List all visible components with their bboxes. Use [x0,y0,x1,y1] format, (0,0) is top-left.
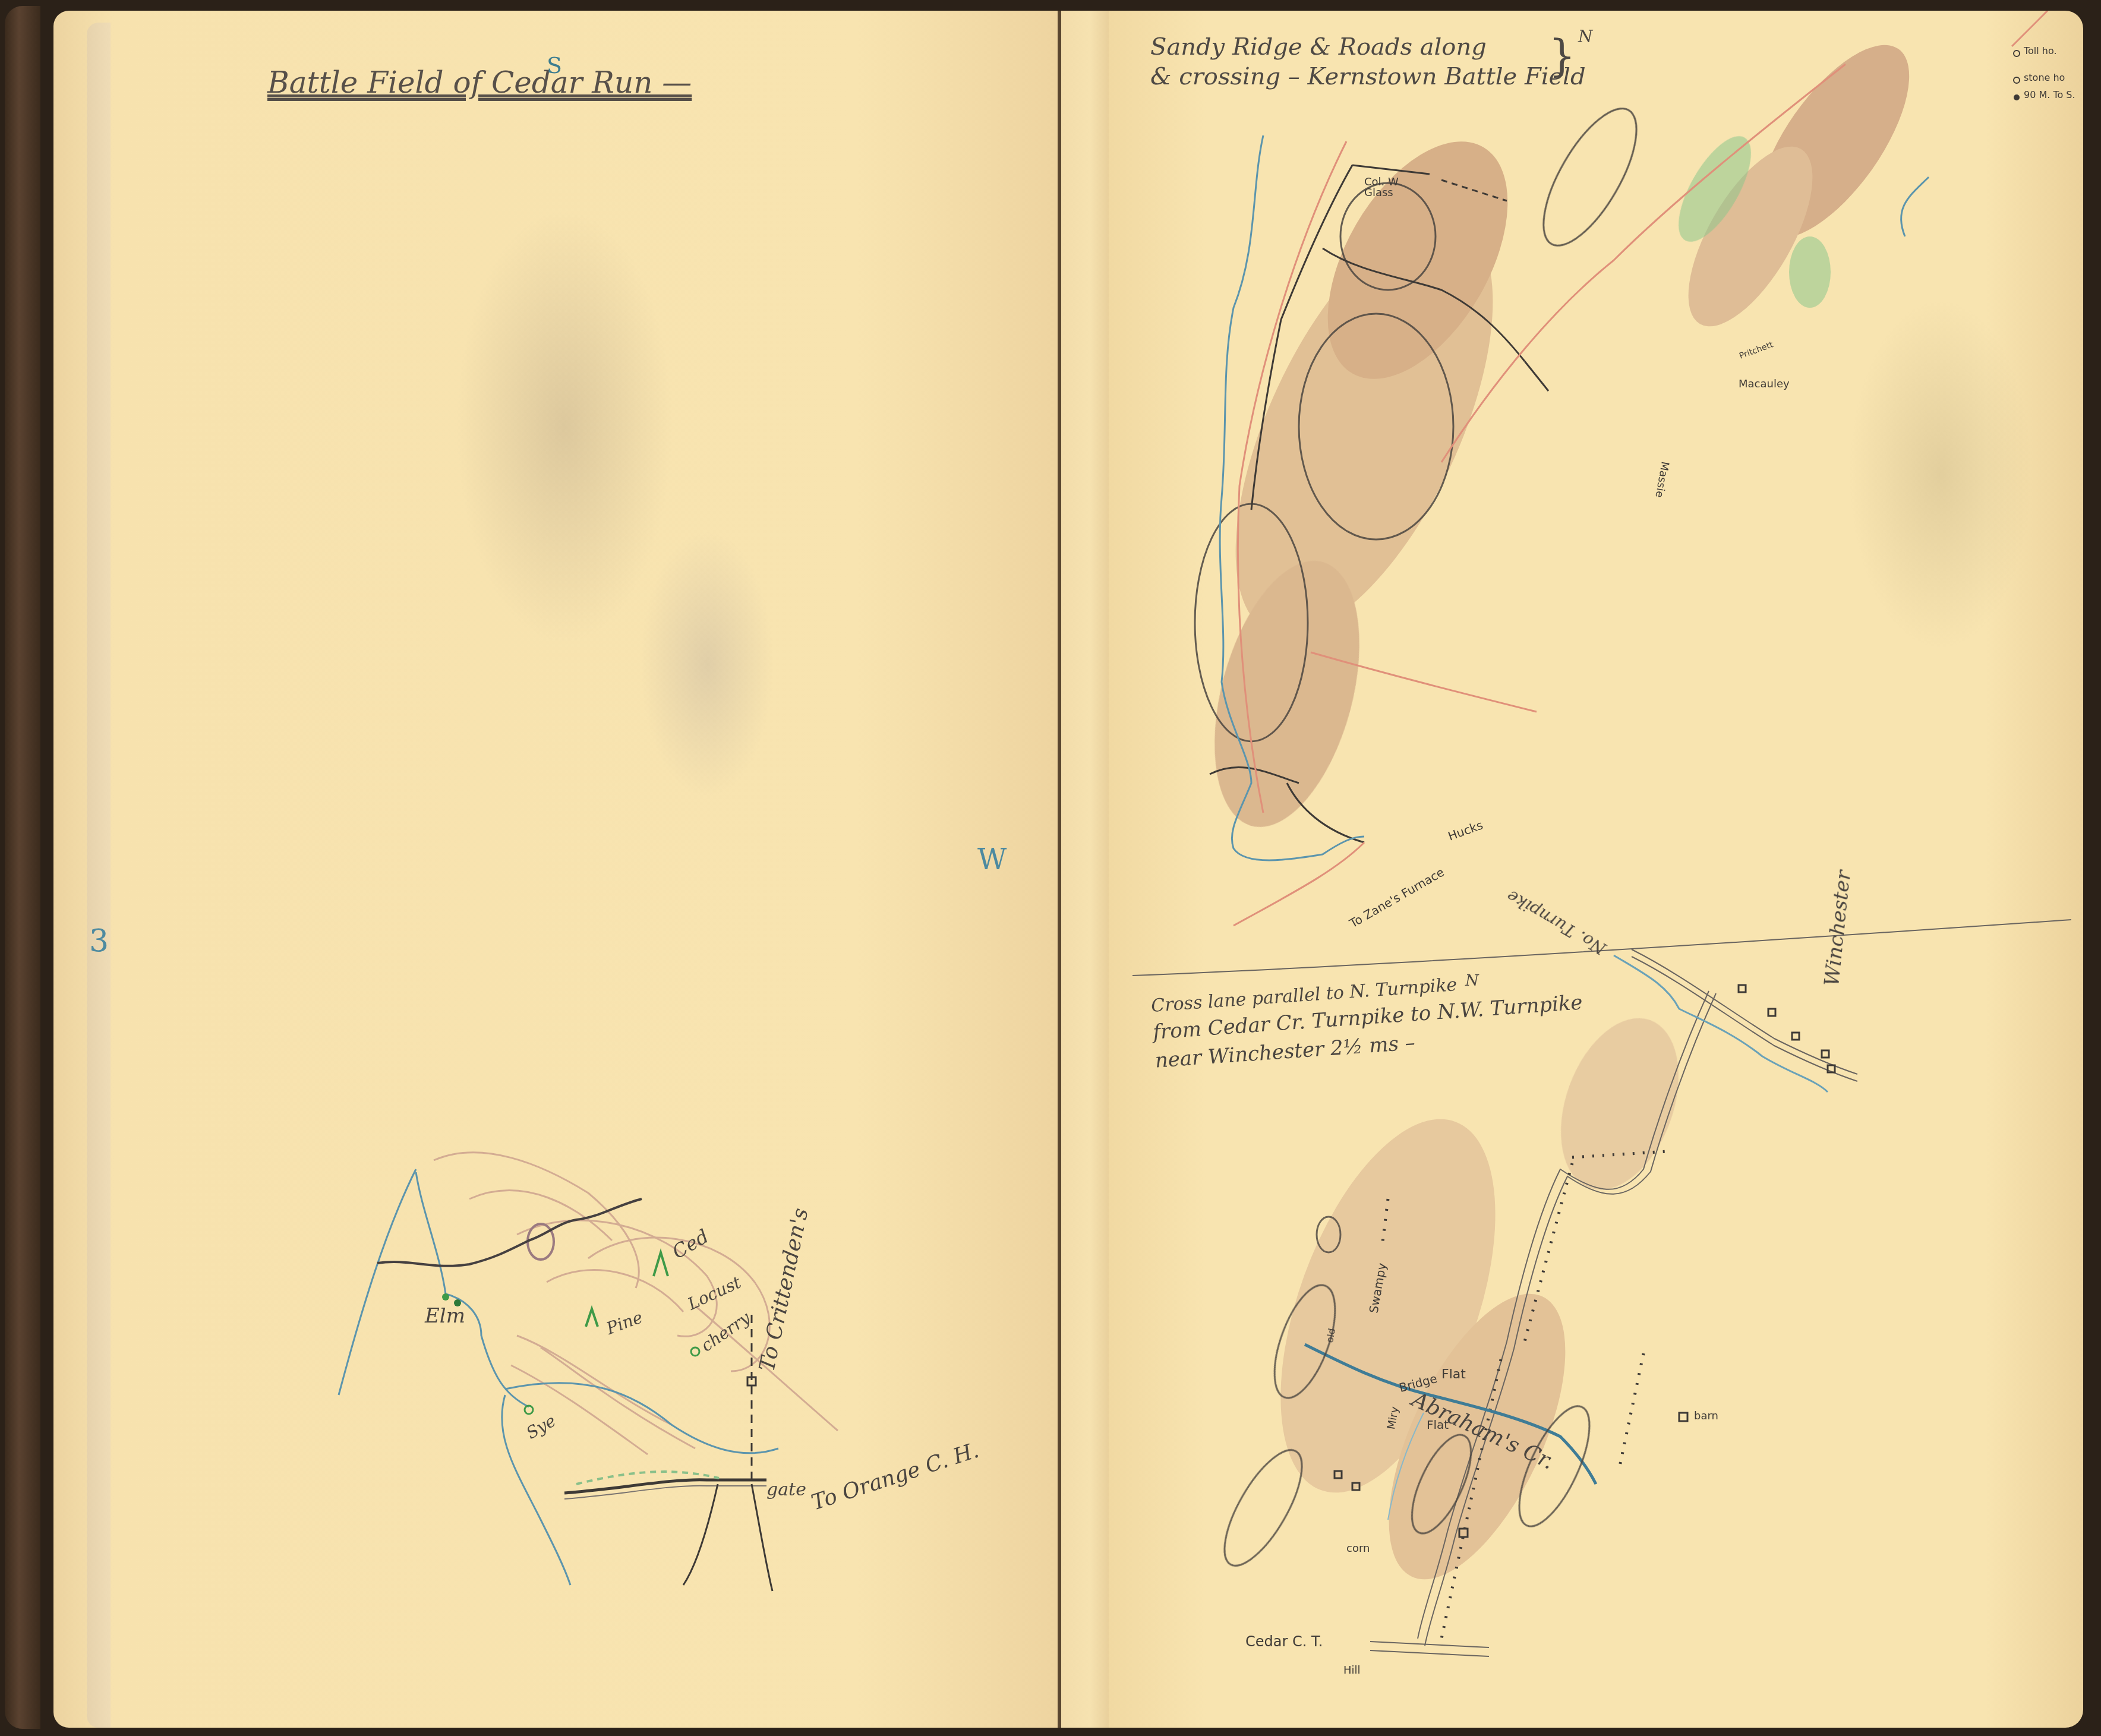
label-barn: barn [1694,1411,1718,1422]
north-mark-bottom: N [1465,973,1479,989]
label-cedar-ct: Cedar C. T. [1245,1634,1323,1649]
label-hill: Hill [1343,1665,1361,1676]
streams [339,1169,778,1585]
label-corn: corn [1346,1544,1370,1554]
ridge-hachures [1182,21,1937,842]
label-col-glass: Col. W. Glass [1364,177,1406,198]
legend-toll-house: Toll ho. [2024,46,2057,56]
label-gate: gate [766,1481,806,1499]
cover-spine-edge [5,6,40,1729]
right-page: Sandy Ridge & Roads along & crossing – K… [1109,11,2083,1728]
legend-distance: 90 M. To S. [2024,90,2075,100]
label-elm: Elm [425,1306,465,1326]
bottom-hachures [1237,1002,1701,1604]
label-old: old [1325,1328,1337,1344]
legend-stone-house: stone ho [2024,73,2065,83]
legend-markers [2014,50,2020,100]
label-macauley: Macauley [1739,379,1790,390]
label-flat-1: Flat [1441,1368,1466,1381]
kernstown-maps [1109,11,2083,1728]
stub-leaf [1061,11,1110,1728]
left-page: Battle Field of Cedar Run — S 3 W [53,11,1058,1728]
zigzag-fence [377,1199,642,1266]
